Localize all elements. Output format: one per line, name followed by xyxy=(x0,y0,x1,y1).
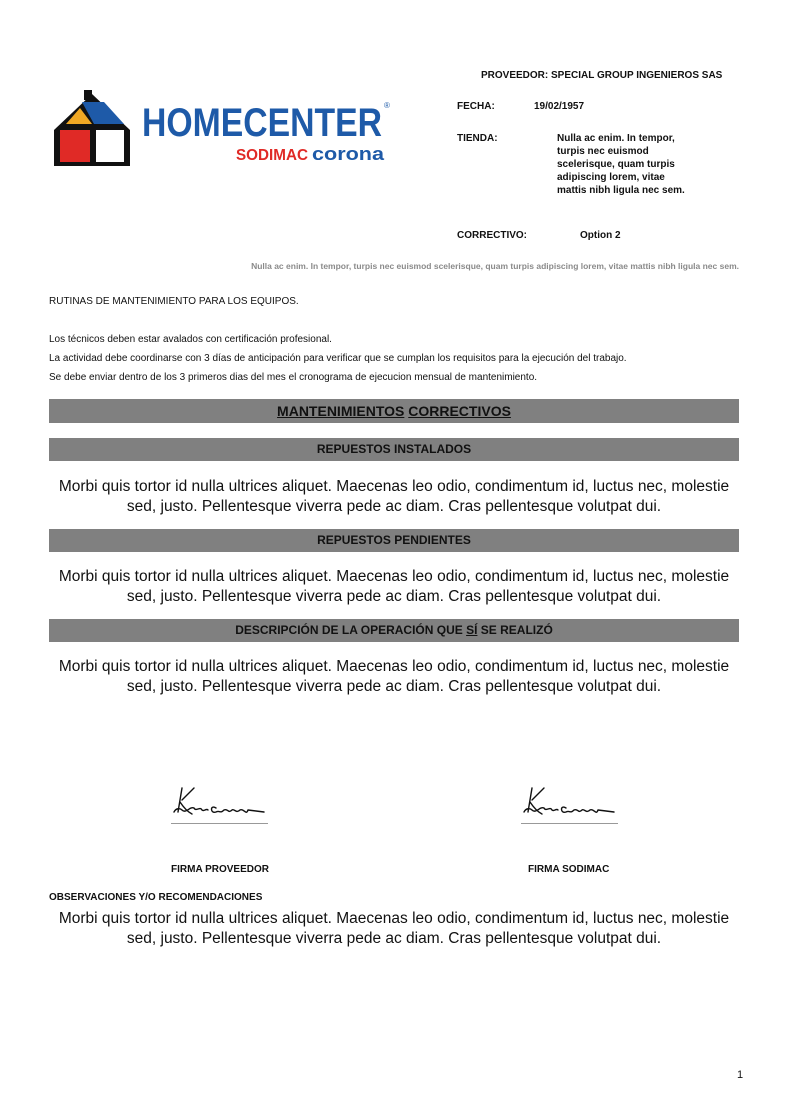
homecenter-logo: HOMECENTER ® SODIMAC corona xyxy=(52,90,392,180)
signature-line xyxy=(171,823,268,824)
correctivo-label: CORRECTIVO: xyxy=(457,229,527,242)
fecha-label: FECHA: xyxy=(457,100,495,113)
firma-sodimac-label: FIRMA SODIMAC xyxy=(528,864,609,875)
house-logo-icon: HOMECENTER ® SODIMAC corona xyxy=(52,90,392,180)
observaciones-label: OBSERVACIONES Y/O RECOMENDACIONES xyxy=(49,892,262,903)
section-title-underlined: SÍ xyxy=(466,623,477,637)
section-body: Morbi quis tortor id nulla ultrices aliq… xyxy=(49,567,739,607)
page-number: 1 xyxy=(737,1069,743,1081)
section-body: Morbi quis tortor id nulla ultrices aliq… xyxy=(49,477,739,517)
svg-text:HOMECENTER: HOMECENTER xyxy=(142,101,382,145)
signature-proveedor xyxy=(170,782,270,824)
section-bar-repuestos-instalados: REPUESTOS INSTALADOS xyxy=(49,438,739,461)
intro-line: Se debe enviar dentro de los 3 primeros … xyxy=(49,372,537,383)
section-bar-descripcion-operacion: DESCRIPCIÓN DE LA OPERACIÓN QUE SÍ SE RE… xyxy=(49,619,739,642)
tienda-label: TIENDA: xyxy=(457,132,498,145)
section-bar-repuestos-pendientes: REPUESTOS PENDIENTES xyxy=(49,529,739,552)
signature-sodimac xyxy=(520,782,620,824)
grey-note: Nulla ac enim. In tempor, turpis nec eui… xyxy=(100,261,739,271)
intro-line: La actividad debe coordinarse con 3 días… xyxy=(49,353,627,364)
tienda-value: Nulla ac enim. In tempor, turpis nec eui… xyxy=(557,132,687,197)
correctivo-value: Option 2 xyxy=(580,229,621,242)
proveedor-field: PROVEEDOR: SPECIAL GROUP INGENIEROS SAS xyxy=(481,69,722,82)
main-title-bar: MANTENIMIENTOS CORRECTIVOS xyxy=(49,399,739,423)
svg-text:®: ® xyxy=(384,101,390,110)
rutinas-heading: RUTINAS DE MANTENIMIENTO PARA LOS EQUIPO… xyxy=(49,296,299,307)
section-title: REPUESTOS PENDIENTES xyxy=(317,533,471,547)
main-title-part1: MANTENIMIENTOS xyxy=(277,403,404,419)
svg-text:SODIMAC: SODIMAC xyxy=(236,147,308,164)
main-title-part2: CORRECTIVOS xyxy=(408,403,511,419)
signature-icon xyxy=(520,782,620,824)
observaciones-body: Morbi quis tortor id nulla ultrices aliq… xyxy=(49,909,739,949)
section-body: Morbi quis tortor id nulla ultrices aliq… xyxy=(49,657,739,697)
section-title-pre: DESCRIPCIÓN DE LA OPERACIÓN QUE xyxy=(235,623,466,637)
signature-icon xyxy=(170,782,270,824)
intro-line: Los técnicos deben estar avalados con ce… xyxy=(49,334,332,345)
section-title-post: SE REALIZÓ xyxy=(477,623,552,637)
signature-line xyxy=(521,823,618,824)
fecha-value: 19/02/1957 xyxy=(534,100,584,113)
firma-proveedor-label: FIRMA PROVEEDOR xyxy=(171,864,269,875)
section-title: REPUESTOS INSTALADOS xyxy=(317,442,471,456)
svg-text:corona: corona xyxy=(312,144,385,164)
